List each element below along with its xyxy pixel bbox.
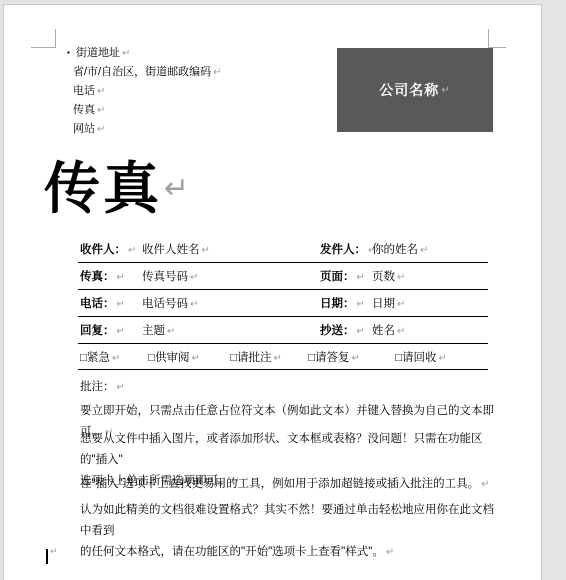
label-text: 发件人： xyxy=(320,244,366,256)
field-label-fax[interactable]: 传真：↵ xyxy=(78,268,142,284)
crop-mark-top-right-v xyxy=(488,29,489,48)
paragraph-mark-icon: ↵ xyxy=(117,382,125,393)
paragraph-mark-icon: ↵ xyxy=(397,326,405,337)
contact-text: 街道地址 xyxy=(76,47,120,59)
fax-title-text: 传真 xyxy=(44,158,162,220)
checkbox-label: □请批注 xyxy=(230,352,271,364)
field-value-fax-number[interactable]: 传真号码↵ xyxy=(142,268,320,284)
label-text: 页面： xyxy=(320,271,355,283)
value-text: 传真号码 xyxy=(142,271,188,283)
paragraph-line: 的任何文本格式，请在功能区的"开始"选项卡上查看"样式"。↵ xyxy=(80,542,494,563)
contact-text: 电话 xyxy=(73,85,95,97)
list-bullet-icon: ▪ xyxy=(67,44,76,62)
checkbox-row: □紧急↵ □供审阅↵ □请批注↵ □请答复↵ □请回收↵ xyxy=(78,344,488,370)
comments-label-text: 批注： xyxy=(80,381,115,393)
paragraph-mark-icon: ↵ xyxy=(441,85,450,96)
checkbox-please-reply[interactable]: □请答复↵ xyxy=(308,349,360,365)
label-text: 抄送： xyxy=(320,325,355,337)
value-text: 日期 xyxy=(372,298,395,310)
paragraph-line: 认为如此精美的文档很难设置格式？其实不然！要通过单击轻松地应用你在此文档中看到 xyxy=(80,500,494,542)
table-row: 传真：↵ 传真号码↵ 页面：↵ 页数↵ xyxy=(78,263,488,290)
checkbox-please-comment[interactable]: □请批注↵ xyxy=(230,349,282,365)
field-label-cc[interactable]: 抄送：↵ xyxy=(320,322,372,338)
paragraph-mark-icon: ↵ xyxy=(117,272,125,283)
table-row: 收件人：↵ 收件人姓名↵ 发件人：↵ 你的姓名↵ xyxy=(78,236,488,263)
label-text: 回复： xyxy=(80,325,115,337)
contact-line-region[interactable]: 省/市/自治区，街道邮政编码↵ xyxy=(67,63,222,82)
checkbox-urgent[interactable]: □紧急↵ xyxy=(80,349,120,365)
field-label-re[interactable]: 回复：↵ xyxy=(78,322,142,338)
field-value-cc-name[interactable]: 姓名↵ xyxy=(372,322,488,338)
paragraph-mark-icon: ↵ xyxy=(438,353,446,364)
crop-mark-top-left-h xyxy=(31,47,56,48)
label-text: 收件人： xyxy=(80,244,126,256)
paragraph-mark-icon: ↵ xyxy=(213,67,221,78)
value-text: 姓名 xyxy=(372,325,395,337)
fax-info-table: 收件人：↵ 收件人姓名↵ 发件人：↵ 你的姓名↵ 传真：↵ 传真号码↵ 页面：↵… xyxy=(78,236,488,370)
paragraph-mark-icon: ↵ xyxy=(357,326,365,337)
paragraph-mark-icon: ↵ xyxy=(50,546,58,557)
label-text: 电话： xyxy=(80,298,115,310)
paragraph-mark-icon: ↵ xyxy=(273,353,281,364)
paragraph-mark-icon: ↵ xyxy=(351,353,359,364)
checkbox-label: □紧急 xyxy=(80,352,110,364)
value-text: 页数 xyxy=(372,271,395,283)
paragraph-text: 在"插入"选项卡上查找更易用的工具，例如用于添加超链接或插入批注的工具。 xyxy=(80,478,479,490)
paragraph-mark-icon: ↵ xyxy=(202,245,210,256)
paragraph-mark-icon: ↵ xyxy=(191,353,199,364)
paragraph-text: 认为如此精美的文档很难设置格式？其实不然！要通过单击轻松地应用你在此文档中看到 xyxy=(80,504,494,537)
paragraph-mark-icon: ↵ xyxy=(357,299,365,310)
fax-title[interactable]: 传真↵ xyxy=(44,158,192,220)
paragraph-mark-icon: ↵ xyxy=(190,272,198,283)
checkbox-please-recycle[interactable]: □请回收↵ xyxy=(395,349,447,365)
paragraph-mark-icon: ↵ xyxy=(112,353,120,364)
crop-mark-top-left-v xyxy=(55,29,56,48)
value-text: 主题 xyxy=(142,325,165,337)
paragraph-mark-icon: ↵ xyxy=(357,272,365,283)
field-label-date[interactable]: 日期：↵ xyxy=(320,295,372,311)
contact-line-address[interactable]: ▪街道地址↵ xyxy=(67,44,222,63)
label-text: 传真： xyxy=(80,271,115,283)
checkbox-label: □请回收 xyxy=(395,352,436,364)
paragraph-mark-icon: ↵ xyxy=(481,479,489,490)
field-label-from[interactable]: 发件人：↵ xyxy=(320,241,372,257)
checkbox-for-review[interactable]: □供审阅↵ xyxy=(148,349,200,365)
contact-text: 网站 xyxy=(73,123,95,135)
field-label-pages[interactable]: 页面：↵ xyxy=(320,268,372,284)
paragraph-mark-icon: ↵ xyxy=(122,48,130,59)
checkbox-label: □请答复 xyxy=(308,352,349,364)
label-text: 日期： xyxy=(320,298,355,310)
paragraph-mark-icon: ↵ xyxy=(117,326,125,337)
field-value-recipient-name[interactable]: 收件人姓名↵ xyxy=(142,241,320,257)
table-row: 回复：↵ 主题↵ 抄送：↵ 姓名↵ xyxy=(78,317,488,344)
comments-label[interactable]: 批注：↵ xyxy=(80,377,125,398)
field-value-subject[interactable]: 主题↵ xyxy=(142,322,320,338)
paragraph-mark-icon: ↵ xyxy=(117,299,125,310)
company-name-box[interactable]: 公司名称↵ xyxy=(337,48,493,132)
paragraph-mark-icon: ↵ xyxy=(97,105,105,116)
company-name-text: 公司名称 xyxy=(379,80,439,100)
paragraph-mark-icon: ↵ xyxy=(167,326,175,337)
paragraph-mark-icon: ↵ xyxy=(97,124,105,135)
checkbox-label: □供审阅 xyxy=(148,352,189,364)
text-cursor xyxy=(46,549,48,564)
paragraph-text: 的任何文本格式，请在功能区的"开始"选项卡上查看"样式"。 xyxy=(80,546,384,558)
contact-text: 省/市/自治区，街道邮政编码 xyxy=(73,66,211,78)
contact-text: 传真 xyxy=(73,104,95,116)
paragraph-mark-icon: ↵ xyxy=(128,245,136,256)
value-text: 收件人姓名 xyxy=(142,244,200,256)
paragraph-line: 想要从文件中插入图片，或者添加形状、文本框或表格？没问题！只需在功能区的"插入" xyxy=(80,429,494,471)
field-value-your-name[interactable]: 你的姓名↵ xyxy=(372,241,488,257)
paragraph-mark-icon: ↵ xyxy=(397,299,405,310)
body-paragraph-3[interactable]: 在"插入"选项卡上查找更易用的工具，例如用于添加超链接或插入批注的工具。↵ xyxy=(80,474,494,495)
paragraph-mark-icon: ↵ xyxy=(420,245,428,256)
paragraph-mark-icon: ↵ xyxy=(164,172,192,205)
paragraph-mark-icon: ↵ xyxy=(397,272,405,283)
field-value-phone-number[interactable]: 电话号码↵ xyxy=(142,295,320,311)
field-value-page-count[interactable]: 页数↵ xyxy=(372,268,488,284)
field-value-date[interactable]: 日期↵ xyxy=(372,295,488,311)
contact-line-fax[interactable]: 传真↵ xyxy=(67,101,222,120)
paragraph-line: 在"插入"选项卡上查找更易用的工具，例如用于添加超链接或插入批注的工具。↵ xyxy=(80,474,494,495)
value-text: 你的姓名 xyxy=(372,244,418,256)
contact-line-phone[interactable]: 电话↵ xyxy=(67,82,222,101)
paragraph-mark-icon: ↵ xyxy=(386,547,394,558)
contact-line-website[interactable]: 网站↵ xyxy=(67,120,222,139)
field-label-to[interactable]: 收件人：↵ xyxy=(78,241,142,257)
value-text: 电话号码 xyxy=(142,298,188,310)
paragraph-mark-icon: ↵ xyxy=(97,86,105,97)
body-paragraph-4[interactable]: 认为如此精美的文档很难设置格式？其实不然！要通过单击轻松地应用你在此文档中看到 … xyxy=(80,500,494,563)
table-row: 电话：↵ 电话号码↵ 日期：↵ 日期↵ xyxy=(78,290,488,317)
paragraph-mark-icon: ↵ xyxy=(190,299,198,310)
field-label-phone[interactable]: 电话：↵ xyxy=(78,295,142,311)
contact-block: ▪街道地址↵ 省/市/自治区，街道邮政编码↵ 电话↵ 传真↵ 网站↵ xyxy=(67,44,222,139)
paragraph-text: 想要从文件中插入图片，或者添加形状、文本框或表格？没问题！只需在功能区的"插入" xyxy=(80,433,483,466)
